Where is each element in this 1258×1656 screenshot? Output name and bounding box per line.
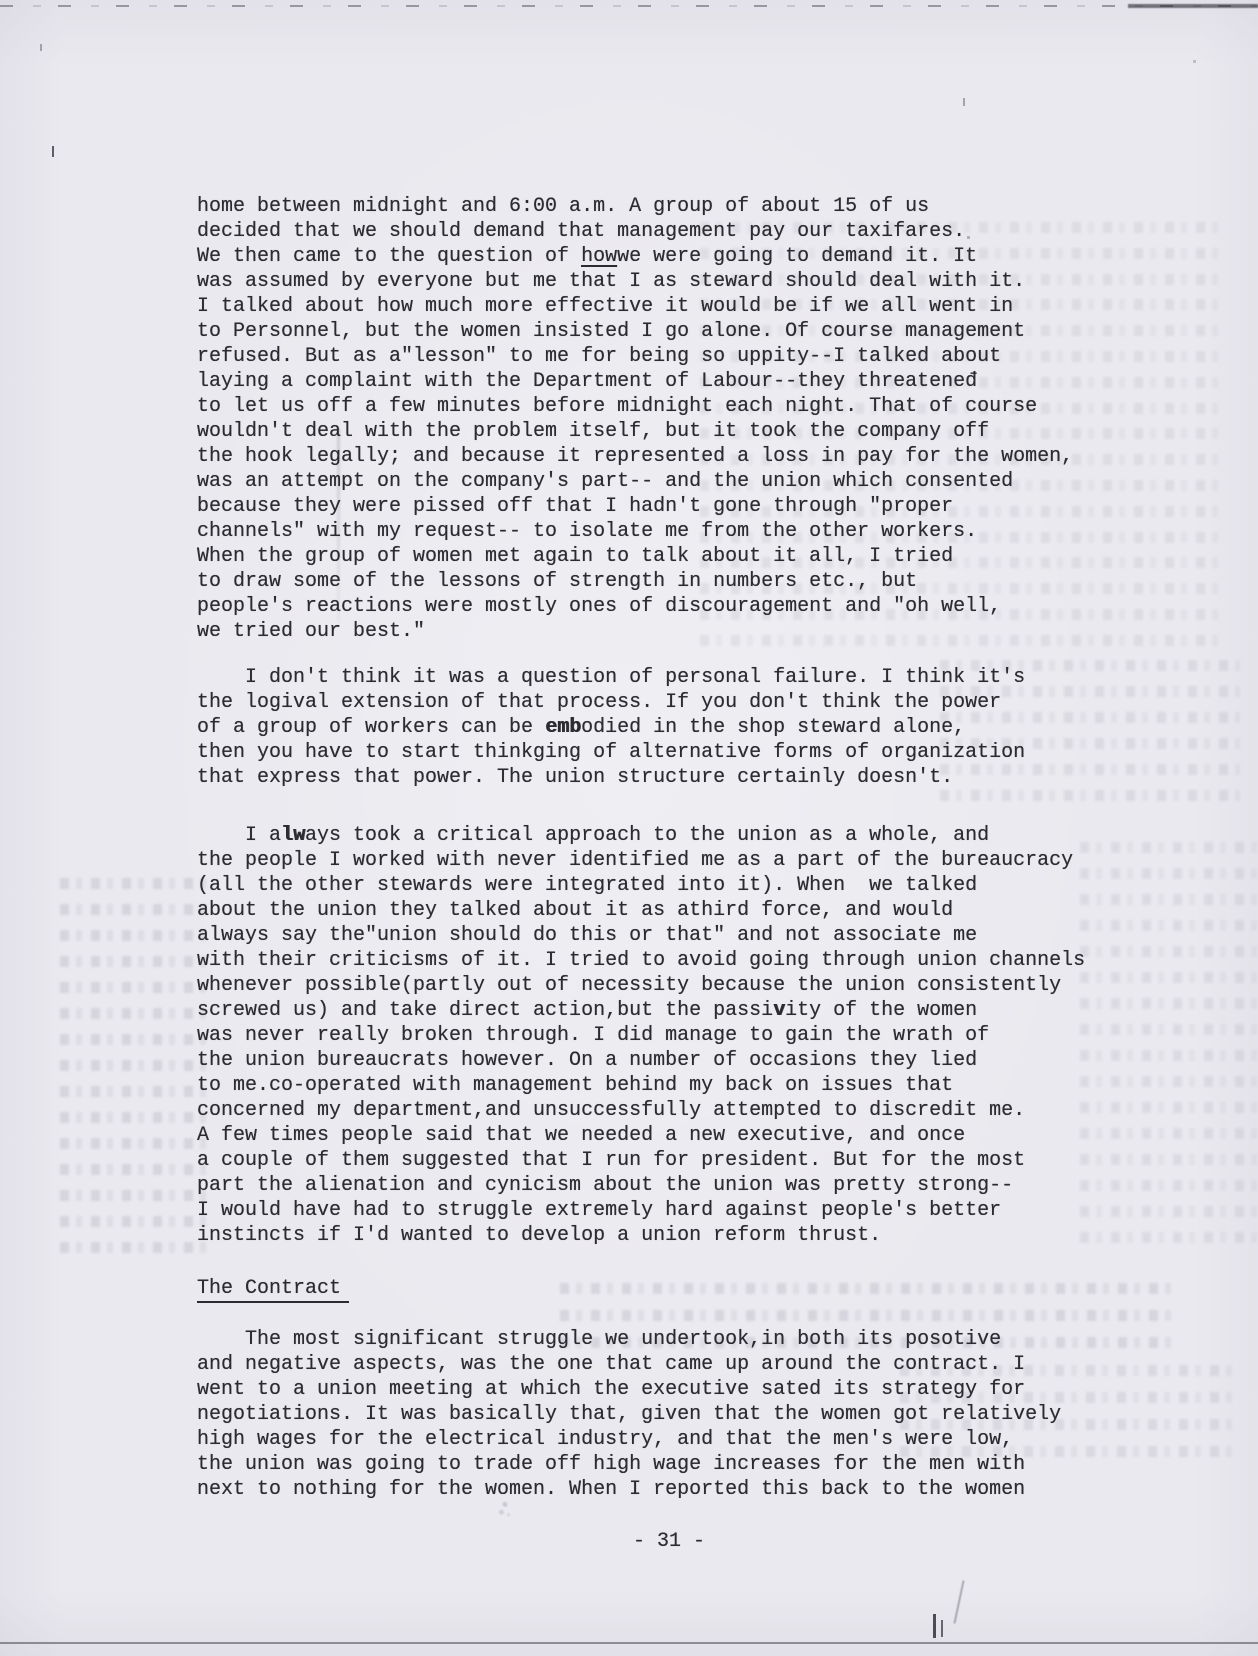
section-heading-text: The Contract bbox=[197, 1277, 349, 1303]
text-line: we tried our best." bbox=[197, 619, 1103, 644]
text-segment: instincts if I'd wanted to develop a uni… bbox=[197, 1224, 881, 1247]
text-line: the hook legally; and because it represe… bbox=[197, 444, 1103, 469]
scanned-document-page: { "paper": { "background": "#eae9ef", "i… bbox=[0, 0, 1258, 1656]
text-line: I would have had to struggle extremely h… bbox=[197, 1198, 1103, 1223]
scan-edge-bottom bbox=[0, 1642, 1258, 1644]
text-segment: then you have to start thinkging of alte… bbox=[197, 741, 1025, 764]
text-line: to me.co-operated with management behind… bbox=[197, 1073, 1103, 1098]
text-line: to let us off a few minutes before midni… bbox=[197, 394, 1103, 419]
text-line: high wages for the electrical industry, … bbox=[197, 1427, 1103, 1452]
text-segment: was an attempt on the company's part-- a… bbox=[197, 470, 1013, 493]
bleedthrough-row bbox=[1080, 920, 1258, 931]
body-paragraphs-top: home between midnight and 6:00 a.m. A gr… bbox=[197, 194, 1103, 1248]
text-line: When the group of women met again to tal… bbox=[197, 544, 1103, 569]
bleedthrough-row bbox=[60, 1008, 210, 1019]
text-line: was an attempt on the company's part-- a… bbox=[197, 469, 1103, 494]
text-segment: refused. But as a"lesson" to me for bein… bbox=[197, 345, 1001, 368]
pen-mark bbox=[933, 1614, 936, 1638]
text-line: negotiations. It was basically that, giv… bbox=[197, 1402, 1103, 1427]
text-line: because they were pissed off that I hadn… bbox=[197, 494, 1103, 519]
text-segment: When the group of women met again to tal… bbox=[197, 545, 953, 568]
text-line: (all the other stewards were integrated … bbox=[197, 873, 1103, 898]
text-segment: next to nothing for the women. When I re… bbox=[197, 1478, 1025, 1501]
text-line: was never really broken through. I did m… bbox=[197, 1023, 1103, 1048]
text-line: to Personnel, but the women insisted I g… bbox=[197, 319, 1103, 344]
bleedthrough-row bbox=[1080, 998, 1258, 1009]
section-heading: The Contract bbox=[197, 1276, 1103, 1301]
text-line: that express that power. The union struc… bbox=[197, 765, 1103, 790]
text-line: about the union they talked about it as … bbox=[197, 898, 1103, 923]
bleedthrough-row bbox=[60, 982, 210, 993]
bleedthrough-row bbox=[60, 904, 210, 915]
text-line: screwed us) and take direct action,but t… bbox=[197, 998, 1103, 1023]
bleedthrough-row bbox=[1080, 1154, 1258, 1165]
text-line: laying a complaint with the Department o… bbox=[197, 369, 1103, 394]
bleedthrough-row bbox=[1080, 1206, 1258, 1217]
text-line: of a group of workers can be embodied in… bbox=[197, 715, 1103, 740]
text-line: the people I worked with never identifie… bbox=[197, 848, 1103, 873]
text-segment: screwed us) and take direct action,but t… bbox=[197, 999, 773, 1022]
text-segment: was never really broken through. I did m… bbox=[197, 1024, 989, 1047]
text-segment: about the union they talked about it as … bbox=[197, 899, 953, 922]
text-segment: v bbox=[773, 999, 785, 1022]
bleedthrough-row bbox=[1080, 946, 1258, 957]
text-line: the union was going to trade off high wa… bbox=[197, 1452, 1103, 1477]
text-segment: channels" with my request-- to isolate m… bbox=[197, 520, 977, 543]
speck-mark bbox=[1193, 60, 1196, 63]
bleedthrough-row bbox=[60, 1112, 210, 1123]
text-segment: lw bbox=[281, 824, 305, 847]
bleedthrough-row bbox=[1080, 1128, 1258, 1139]
scan-edge-top-right bbox=[1128, 4, 1258, 8]
text-segment: home between midnight and 6:00 a.m. A gr… bbox=[197, 195, 929, 218]
text-segment: was assumed by everyone but me that I as… bbox=[197, 270, 1025, 293]
bleedthrough-row bbox=[60, 1086, 210, 1097]
bleedthrough-row bbox=[1080, 1024, 1258, 1035]
paragraph: home between midnight and 6:00 a.m. A gr… bbox=[197, 194, 1103, 644]
text-line: to draw some of the lessons of strength … bbox=[197, 569, 1103, 594]
text-segment: to draw some of the lessons of strength … bbox=[197, 570, 917, 593]
text-segment: ity of the women bbox=[785, 999, 977, 1022]
bleedthrough-row bbox=[1080, 894, 1258, 905]
text-line: wouldn't deal with the problem itself, b… bbox=[197, 419, 1103, 444]
text-segment: negotiations. It was basically that, giv… bbox=[197, 1403, 1061, 1426]
speck-mark bbox=[40, 44, 42, 51]
text-line: the logival extension of that process. I… bbox=[197, 690, 1103, 715]
bleedthrough-row bbox=[60, 1190, 210, 1201]
text-line: We then came to the question of howwe we… bbox=[197, 244, 1103, 269]
bleedthrough-row bbox=[1080, 972, 1258, 983]
text-line: home between midnight and 6:00 a.m. A gr… bbox=[197, 194, 1103, 219]
text-segment: I a bbox=[197, 824, 281, 847]
text-segment: We then came to the question of bbox=[197, 245, 581, 268]
text-segment: of a group of workers can be bbox=[197, 716, 545, 739]
text-segment: always say the"union should do this or t… bbox=[197, 924, 977, 947]
text-line: the union bureaucrats however. On a numb… bbox=[197, 1048, 1103, 1073]
text-line: decided that we should demand that manag… bbox=[197, 219, 1103, 244]
bleedthrough-row bbox=[1080, 868, 1258, 879]
text-segment: concerned my department,and unsuccessful… bbox=[197, 1099, 1025, 1122]
text-segment: wouldn't deal with the problem itself, b… bbox=[197, 420, 989, 443]
body-paragraphs-bottom: The most significant struggle we underto… bbox=[197, 1327, 1103, 1502]
pen-mark-small bbox=[941, 1620, 943, 1637]
text-segment: went to a union meeting at which the exe… bbox=[197, 1378, 1025, 1401]
text-line: with their criticisms of it. I tried to … bbox=[197, 948, 1103, 973]
page-number: - 31 - bbox=[197, 1529, 1103, 1554]
bleedthrough-row bbox=[1080, 1076, 1258, 1087]
bleedthrough-row bbox=[60, 1138, 210, 1149]
paragraph: The most significant struggle we underto… bbox=[197, 1327, 1103, 1502]
text-segment: ays took a critical approach to the unio… bbox=[305, 824, 989, 847]
text-line: The most significant struggle we underto… bbox=[197, 1327, 1103, 1352]
text-segment: I don't think it was a question of perso… bbox=[197, 666, 1025, 689]
bleedthrough-row bbox=[60, 1060, 210, 1071]
bleedthrough-row bbox=[60, 956, 210, 967]
text-line: then you have to start thinkging of alte… bbox=[197, 740, 1103, 765]
text-segment: whenever possible(partly out of necessit… bbox=[197, 974, 1061, 997]
paragraph: I always took a critical approach to the… bbox=[197, 823, 1103, 1248]
text-line: I don't think it was a question of perso… bbox=[197, 665, 1103, 690]
text-segment: decided that we should demand that manag… bbox=[197, 220, 965, 243]
bleedthrough-row bbox=[1080, 842, 1258, 853]
speck-mark bbox=[52, 146, 54, 157]
text-line: I always took a critical approach to the… bbox=[197, 823, 1103, 848]
text-segment: laying a complaint with the Department o… bbox=[197, 370, 977, 393]
text-segment: and negative aspects, was the one that c… bbox=[197, 1353, 1025, 1376]
bleedthrough-row bbox=[60, 1242, 210, 1253]
text-line: whenever possible(partly out of necessit… bbox=[197, 973, 1103, 998]
text-line: went to a union meeting at which the exe… bbox=[197, 1377, 1103, 1402]
bleedthrough-row bbox=[60, 1216, 210, 1227]
text-segment: (all the other stewards were integrated … bbox=[197, 874, 977, 897]
text-line: always say the"union should do this or t… bbox=[197, 923, 1103, 948]
text-line: I talked about how much more effective i… bbox=[197, 294, 1103, 319]
text-segment: part the alienation and cynicism about t… bbox=[197, 1174, 1013, 1197]
text-segment: that express that power. The union struc… bbox=[197, 766, 953, 789]
bleedthrough-row bbox=[1080, 1050, 1258, 1061]
text-segment: the union bureaucrats however. On a numb… bbox=[197, 1049, 977, 1072]
bleedthrough-row bbox=[60, 1034, 210, 1045]
bleedthrough-row bbox=[60, 878, 210, 889]
text-segment: the people I worked with never identifie… bbox=[197, 849, 1073, 872]
bleedthrough-row bbox=[1080, 1102, 1258, 1113]
text-line: and negative aspects, was the one that c… bbox=[197, 1352, 1103, 1377]
text-segment: we tried our best." bbox=[197, 620, 425, 643]
text-line: A few times people said that we needed a… bbox=[197, 1123, 1103, 1148]
scratch-mark bbox=[953, 1580, 964, 1623]
text-segment: A few times people said that we needed a… bbox=[197, 1124, 965, 1147]
text-line: next to nothing for the women. When I re… bbox=[197, 1477, 1103, 1502]
text-segment: to me.co-operated with management behind… bbox=[197, 1074, 953, 1097]
text-segment: the hook legally; and because it represe… bbox=[197, 445, 1073, 468]
text-line: people's reactions were mostly ones of d… bbox=[197, 594, 1103, 619]
text-segment: I would have had to struggle extremely h… bbox=[197, 1199, 1001, 1222]
text-segment: to let us off a few minutes before midni… bbox=[197, 395, 1037, 418]
text-segment: The most significant struggle we underto… bbox=[197, 1328, 1001, 1351]
scan-edge-top bbox=[0, 5, 1258, 7]
text-segment: high wages for the electrical industry, … bbox=[197, 1428, 1013, 1451]
text-segment: we were going to demand it. It bbox=[617, 245, 977, 268]
text-line: instincts if I'd wanted to develop a uni… bbox=[197, 1223, 1103, 1248]
text-segment: how bbox=[581, 245, 617, 268]
text-line: was assumed by everyone but me that I as… bbox=[197, 269, 1103, 294]
text-line: concerned my department,and unsuccessful… bbox=[197, 1098, 1103, 1123]
paragraph: I don't think it was a question of perso… bbox=[197, 665, 1103, 790]
text-segment: people's reactions were mostly ones of d… bbox=[197, 595, 1001, 618]
text-segment: emb bbox=[545, 716, 581, 739]
text-segment: because they were pissed off that I hadn… bbox=[197, 495, 953, 518]
text-segment: the logival extension of that process. I… bbox=[197, 691, 1001, 714]
text-line: a couple of them suggested that I run fo… bbox=[197, 1148, 1103, 1173]
text-segment: I talked about how much more effective i… bbox=[197, 295, 1013, 318]
text-line: refused. But as a"lesson" to me for bein… bbox=[197, 344, 1103, 369]
text-segment: to Personnel, but the women insisted I g… bbox=[197, 320, 1025, 343]
speck-mark bbox=[963, 98, 965, 106]
bleedthrough-row bbox=[60, 1164, 210, 1175]
text-line: part the alienation and cynicism about t… bbox=[197, 1173, 1103, 1198]
bleedthrough-row bbox=[60, 930, 210, 941]
text-segment: a couple of them suggested that I run fo… bbox=[197, 1149, 1025, 1172]
text-line: channels" with my request-- to isolate m… bbox=[197, 519, 1103, 544]
text-segment: with their criticisms of it. I tried to … bbox=[197, 949, 1085, 972]
typewritten-text-column: home between midnight and 6:00 a.m. A gr… bbox=[197, 194, 1103, 1554]
text-segment: odied in the shop steward alone, bbox=[581, 716, 965, 739]
bleedthrough-row bbox=[1080, 1180, 1258, 1191]
text-segment: the union was going to trade off high wa… bbox=[197, 1453, 1025, 1476]
bleedthrough-row bbox=[1080, 1232, 1258, 1243]
